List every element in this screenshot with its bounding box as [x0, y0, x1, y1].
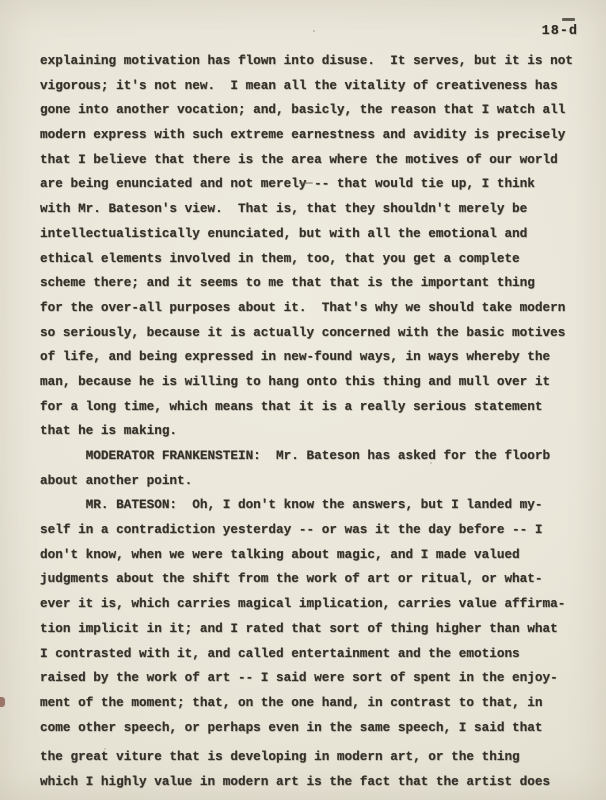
- text-line: don't know, when we were talking about m…: [40, 543, 592, 568]
- text-line: which I highly value in modern art is th…: [40, 770, 592, 795]
- text-line: tion implicit in it; and I rated that so…: [40, 617, 592, 642]
- text-line: man, because he is willing to hang onto …: [40, 370, 592, 395]
- text-line: for a long time, which means that it is …: [40, 395, 592, 420]
- text-line: vigorous; it's not new. I mean all the v…: [40, 74, 592, 99]
- text-line: raised by the work of art -- I said were…: [40, 666, 592, 691]
- text-line: MODERATOR FRANKENSTEIN: Mr. Bateson has …: [40, 444, 592, 469]
- text-line: that he is making.: [40, 419, 592, 444]
- text-line: about another point.: [40, 469, 592, 494]
- edge-smudge: [0, 697, 5, 707]
- paper-speck: [104, 748, 106, 750]
- paper-speck: [313, 30, 315, 32]
- text-line: that I believe that there is the area wh…: [40, 148, 592, 173]
- text-line: intellectualistically enunciated, but wi…: [40, 222, 592, 247]
- text-line: ever it is, which carries magical implic…: [40, 592, 592, 617]
- paper-speck: [243, 56, 246, 59]
- text-line: come other speech, or perhaps even in th…: [40, 716, 592, 741]
- text-line: scheme there; and it seems to me that th…: [40, 271, 592, 296]
- text-line: self in a contradiction yesterday -- or …: [40, 518, 592, 543]
- text-line: with Mr. Bateson's view. That is, that t…: [40, 197, 592, 222]
- overstrike-mark: [562, 18, 575, 21]
- text-line: of life, and being expressed in new-foun…: [40, 345, 592, 370]
- typewritten-lines: explaining motivation has flown into dis…: [40, 49, 592, 795]
- paper-speck: [430, 462, 432, 464]
- text-line: modern express with such extreme earnest…: [40, 123, 592, 148]
- text-line: the great viture that is developing in m…: [40, 745, 592, 770]
- text-line: I contrasted with it, and called enterta…: [40, 642, 592, 667]
- text-line: ethical elements involved in them, too, …: [40, 247, 592, 272]
- text-line: are being enunciated and not merely -- t…: [40, 172, 592, 197]
- text-line: judgments about the shift from the work …: [40, 567, 592, 592]
- text-line: ment of the moment; that, on the one han…: [40, 691, 592, 716]
- scanned-document-page: 18-d explaining motivation has flown int…: [0, 0, 606, 800]
- page-number: 18-d: [542, 24, 578, 39]
- text-line: gone into another vocation; and, basicly…: [40, 98, 592, 123]
- underline-smudge: [299, 182, 313, 184]
- text-line: MR. BATESON: Oh, I don't know the answer…: [40, 493, 592, 518]
- text-line: for the over-all purposes about it. That…: [40, 296, 592, 321]
- text-line: explaining motivation has flown into dis…: [40, 49, 592, 74]
- text-line: so seriously, because it is actually con…: [40, 321, 592, 346]
